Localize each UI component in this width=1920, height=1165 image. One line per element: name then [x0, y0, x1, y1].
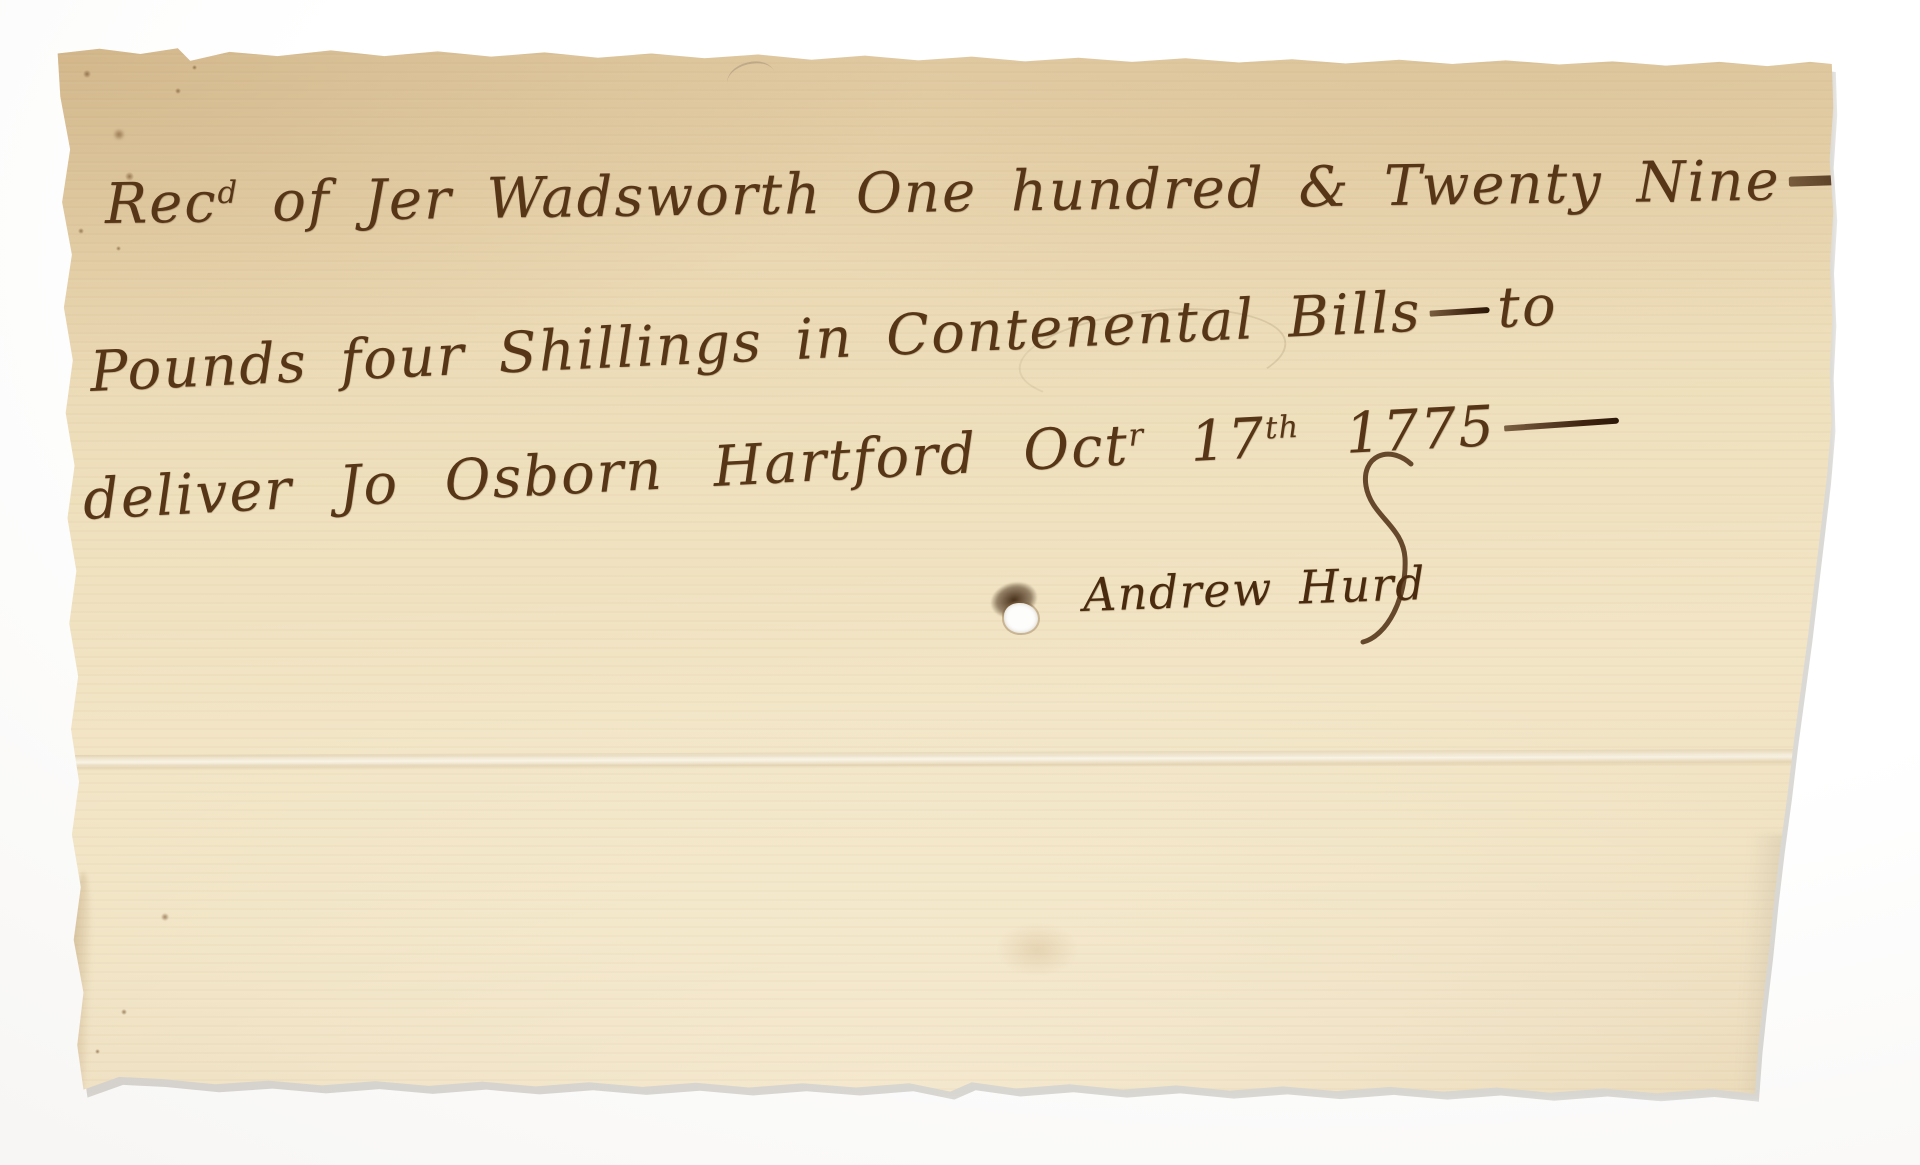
handwritten-line-2: Pounds four Shillings in Contenental Bil… — [89, 273, 1559, 405]
ink-dash — [1788, 172, 1920, 186]
paper-stain-speck — [95, 1049, 100, 1054]
handwriting-text: Rec — [105, 170, 219, 237]
superscript-text: r — [1127, 417, 1145, 454]
paper-stain-speck — [121, 1009, 127, 1015]
paper-stain-speck — [192, 65, 197, 70]
ink-dash — [1504, 418, 1619, 432]
bottom-center-stain — [980, 912, 1095, 987]
paper-stain-speck — [175, 88, 181, 94]
handwritten-line-1: Recd of Jer Wadsworth One hundred & Twen… — [105, 146, 1920, 237]
paper-stain-speck — [113, 129, 125, 140]
paper-stain-speck — [78, 228, 84, 234]
paper-stain-speck — [161, 913, 169, 921]
superscript-text: d — [217, 175, 238, 211]
handwriting-text: to — [1496, 273, 1559, 341]
word-gap — [664, 486, 714, 489]
paper-stain-speck — [116, 246, 121, 251]
paper-hole — [1004, 603, 1038, 633]
fold-crease — [55, 749, 1835, 771]
handwriting-text: of Jer Wadsworth One hundred & Twenty Ni… — [238, 149, 1781, 236]
ink-dash — [1429, 307, 1489, 317]
signature-flourish — [1345, 442, 1435, 652]
faint-pencil-mark — [724, 57, 778, 100]
paper-stain-speck — [83, 70, 91, 78]
handwriting-text: 17 — [1143, 406, 1267, 477]
superscript-text: th — [1264, 409, 1300, 447]
receipt-paper: Recd of Jer Wadsworth One hundred & Twen… — [55, 44, 1835, 1098]
handwriting-text: deliver Jo Osborn — [81, 438, 665, 533]
handwriting-text: Hartford Oct — [712, 413, 1131, 500]
photo-background: Recd of Jer Wadsworth One hundred & Twen… — [0, 0, 1920, 1165]
